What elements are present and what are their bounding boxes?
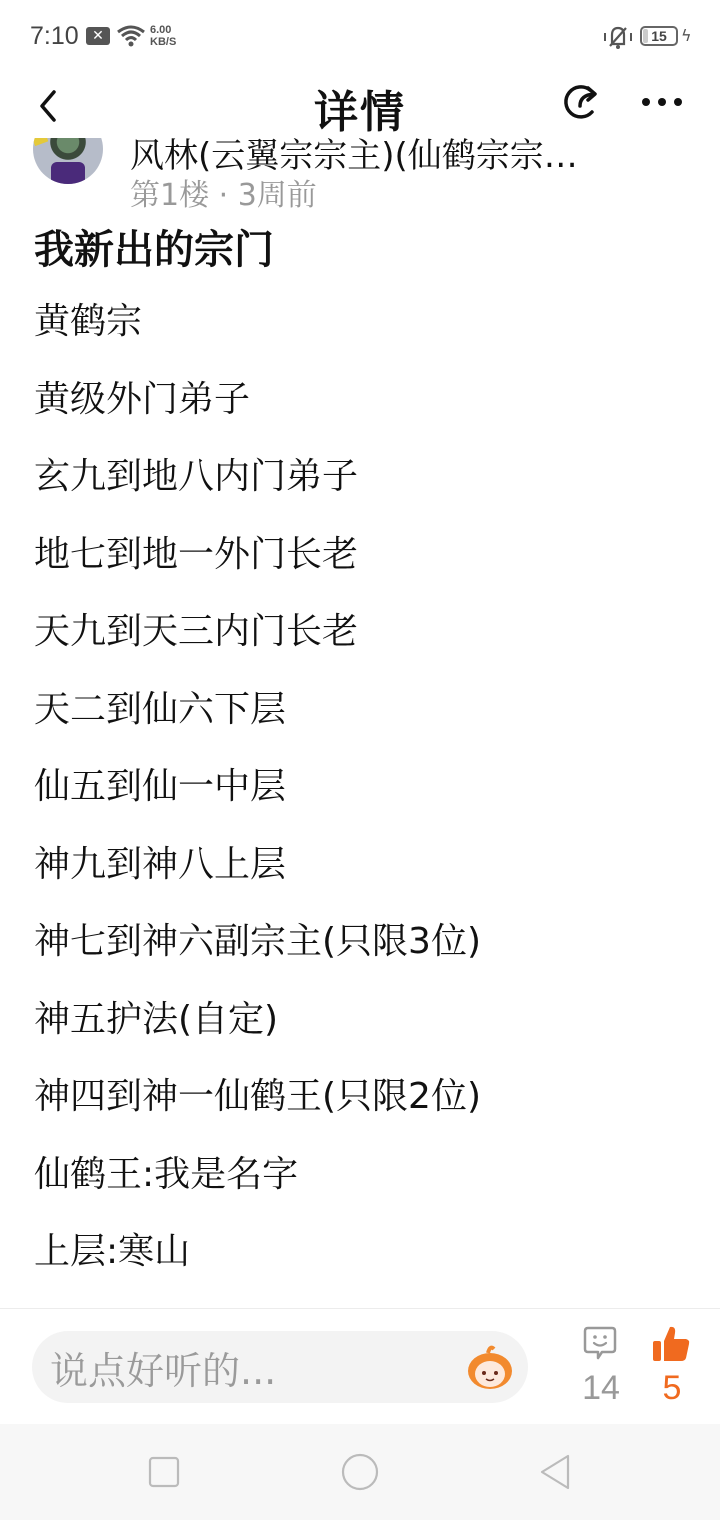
comment-input[interactable]: 说点好听的...	[32, 1331, 528, 1403]
share-icon	[566, 87, 595, 117]
post-line: 神五护法(自定)	[34, 990, 646, 1068]
post-line: 神四到神一仙鹤王(只限2位)	[34, 1067, 646, 1145]
post-line: 上层:寒山	[34, 1222, 646, 1300]
home-button[interactable]	[338, 1452, 382, 1492]
comment-smile-icon	[582, 1325, 618, 1365]
post-line: 黄级外门弟子	[34, 370, 646, 448]
more-button[interactable]	[636, 84, 688, 120]
post-line: 神七到神六副宗主(只限3位)	[34, 912, 646, 990]
wifi-icon	[116, 24, 146, 48]
post-line: 天九到天三内门长老	[34, 602, 646, 680]
post-body: 黄鹤宗 黄级外门弟子 玄九到地八内门弟子 地七到地一外门长老 天九到天三内门长老…	[34, 292, 646, 1308]
post-line: 神九到神八上层	[34, 835, 646, 913]
post-line: 玄九到地八内门弟子	[34, 447, 646, 525]
circle-icon	[343, 1455, 377, 1489]
sim-blocked-icon: ✕	[86, 27, 110, 45]
post-line: 地七到地一外门长老	[34, 525, 646, 603]
post-line: 黄鹤宗	[34, 292, 646, 370]
post-line: 黄鹤有点不好听，所以宗门改成仙鹤宗	[34, 1300, 646, 1309]
thumbs-up-icon	[650, 1323, 692, 1365]
post-line: 仙鹤王:我是名字	[34, 1145, 646, 1223]
status-time: 7:10	[30, 22, 79, 51]
square-icon	[150, 1458, 178, 1486]
comment-button[interactable]: 14	[572, 1325, 630, 1411]
more-dots-icon	[642, 98, 682, 106]
network-speed-value: 6.00	[150, 24, 176, 36]
triangle-back-icon	[542, 1456, 568, 1488]
share-button[interactable]	[560, 78, 608, 126]
header: 详情	[0, 72, 720, 138]
post-title: 我新出的宗门	[34, 218, 274, 275]
post-meta: 第1楼 · 3周前	[130, 170, 317, 214]
post-line: 仙五到仙一中层	[34, 757, 646, 835]
comment-count: 14	[572, 1369, 630, 1408]
bottom-action-bar: 说点好听的... 14 5	[0, 1308, 720, 1424]
network-speed: 6.00 KB/S	[150, 24, 176, 48]
back-nav-button[interactable]	[534, 1452, 578, 1492]
post-content[interactable]: 风林(云翼宗宗主)(仙鹤宗宗… 第1楼 · 3周前 我新出的宗门 黄鹤宗 黄级外…	[0, 100, 720, 1308]
comment-placeholder: 说点好听的...	[50, 1340, 276, 1395]
like-button[interactable]: 5	[644, 1323, 700, 1413]
status-bar: 7:10 ✕ 6.00 KB/S 15 ϟ	[0, 0, 720, 72]
silent-bell-icon	[602, 24, 634, 50]
recent-apps-button[interactable]	[142, 1452, 186, 1492]
system-nav-bar	[0, 1424, 720, 1520]
post-line: 天二到仙六下层	[34, 680, 646, 758]
mascot-emoji-icon[interactable]	[464, 1341, 516, 1393]
like-count: 5	[644, 1369, 700, 1408]
page-title: 详情	[0, 76, 720, 140]
charging-bolt-icon: ϟ	[681, 26, 692, 45]
network-speed-unit: KB/S	[150, 36, 176, 48]
battery-icon: 15	[640, 26, 678, 46]
